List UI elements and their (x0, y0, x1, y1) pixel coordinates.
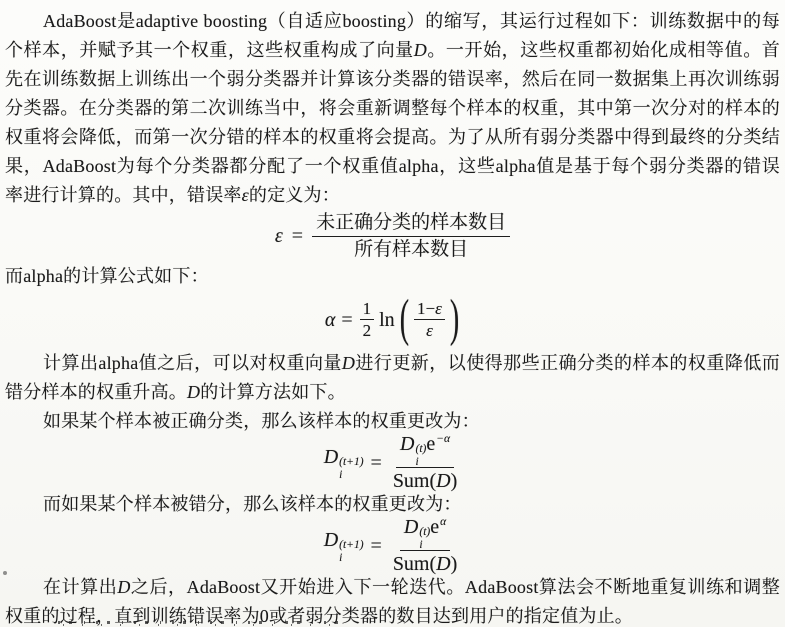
superscript: (t) (419, 526, 430, 539)
paragraph-alpha-intro: 而alpha的计算公式如下： (5, 262, 780, 291)
scanned-document-page: AdaBoost是adaptive boosting（自适应boosting）的… (0, 0, 785, 627)
scan-noise-speck (3, 571, 7, 575)
fraction-denominator: ε (422, 320, 437, 341)
superscript: (t+1) (339, 456, 363, 469)
sub-superscript: (t+1)i (339, 539, 363, 564)
fraction-numerator: 1−ε (414, 299, 445, 320)
math-variable-D: D (404, 516, 418, 538)
math-variable-D: D (187, 382, 200, 402)
text-segment: 。一开始，这些权重都初始化成相等值。首 (427, 40, 780, 60)
formula-error-rate: ε = 未正确分类的样本数目 所有样本数目 (5, 210, 780, 262)
fraction-one-half: 1 2 (359, 299, 376, 340)
formula-alpha: α = 1 2 ln ( 1−ε ε ) (5, 291, 780, 349)
text-line: 个样本，并赋予其一个权重，这些权重构成了向量D。一开始，这些权重都初始化成相等值… (5, 36, 780, 65)
equals-sign: = (290, 225, 305, 248)
paragraph-adaboost-intro: AdaBoost是adaptive boosting（自适应boosting）的… (5, 7, 780, 210)
subscript: i (339, 552, 342, 565)
text-segment: 权重将会降低，而第一次分错的样本的权重将会提高。为了从所有弱分类器中得到最终的分… (5, 127, 780, 147)
math-variable-D: D (400, 433, 414, 455)
sub-superscript: (t)i (419, 526, 430, 551)
text-line: 计算出alpha值之后，可以对权重向量D进行更新，以使得那些正确分类的样本的权重… (5, 349, 780, 378)
text-line: 率进行计算的。其中，错误率ε的定义为： (5, 181, 780, 210)
euler-e: e (430, 516, 439, 538)
text-segment: 如果某个样本被正确分类，那么该样本的权重更改为： (43, 411, 480, 431)
euler-e: e (426, 433, 435, 455)
formula-weight-wrong: D(t+1)i = D(t)ieα Sum(D) (5, 521, 780, 571)
fraction: 未正确分类的样本数目 所有样本数目 (312, 211, 510, 262)
text-line: 果，AdaBoost为每个分类器都分配了一个权重值alpha，这些alpha值是… (5, 152, 780, 181)
fraction-denominator: 2 (359, 320, 376, 341)
ln-operator: ln (379, 309, 395, 332)
math-variable-epsilon: ε (275, 225, 283, 248)
lhs-D-term: D(t+1)i (324, 446, 364, 479)
text-segment: AdaBoost是adaptive boosting（自适应boosting）的… (43, 11, 780, 31)
formula-weight-correct: D(t+1)i = D(t)ie−α Sum(D) (5, 438, 780, 488)
math-variable-D: D (414, 40, 427, 60)
lhs-D-term: D(t+1)i (324, 529, 364, 562)
text-segment: 率进行计算的。其中，错误率 (5, 185, 242, 205)
sub-superscript: (t+1)i (339, 456, 363, 481)
paragraph-update-D: 计算出alpha值之后，可以对权重向量D进行更新，以使得那些正确分类的样本的权重… (5, 349, 780, 407)
math-variable-epsilon: ε (435, 299, 442, 318)
exponent: −α (436, 433, 450, 445)
math-variable-D: D (117, 577, 130, 597)
fraction-error-ratio: 1−ε ε (414, 299, 445, 340)
fraction-numerator: 1 (360, 299, 375, 320)
text-line: 先在训练数据上训练出一个弱分类器并计算该分类器的错误率，然后在同一数据集上再次训… (5, 65, 780, 94)
superscript: (t) (416, 443, 427, 456)
text-line: 分类器。在分类器的第二次训练当中，将会重新调整每个样本的权重，其中第一次分对的样… (5, 94, 780, 123)
text-line: 权重将会降低，而第一次分错的样本的权重将会提高。为了从所有弱分类器中得到最终的分… (5, 123, 780, 152)
text-segment: 而alpha的计算公式如下： (5, 266, 209, 286)
fraction-numerator: 未正确分类的样本数目 (312, 211, 510, 237)
right-parenthesis: ) (451, 553, 458, 575)
text-segment: 进行更新，以使得那些正确分类的样本的权重降低而 (355, 353, 780, 373)
clipped-next-line-sliver (58, 621, 340, 627)
text-line: 错分样本的权重升高。D的计算方法如下。 (5, 378, 780, 407)
text-segment: 计算出alpha值之后，可以对权重向量 (43, 353, 342, 373)
right-parenthesis: ) (451, 470, 458, 492)
math-variable-D: D (324, 529, 338, 551)
text-segment: 个样本，并赋予其一个权重，这些权重构成了向量 (5, 40, 414, 60)
text-segment: 果，AdaBoost为每个分类器都分配了一个权重值alpha，这些alpha值是… (5, 156, 780, 176)
text-segment: 先在训练数据上训练出一个弱分类器并计算该分类器的错误率，然后在同一数据集上再次训… (5, 69, 780, 89)
equals-sign: = (369, 452, 384, 475)
left-parenthesis: ( (400, 290, 409, 349)
exponent: α (440, 516, 446, 528)
text-segment: 1− (417, 299, 435, 318)
text-segment: 分类器。在分类器的第二次训练当中，将会重新调整每个样本的权重，其中第一次分对的样… (5, 98, 780, 118)
text-segment: 之后，AdaBoost又开始进入下一轮迭代。AdaBoost算法会不断地重复训练… (131, 577, 780, 597)
fraction-numerator: D(t)ie−α (396, 432, 454, 468)
sum-operator: Sum( (393, 470, 436, 492)
text-segment: 在计算出 (43, 577, 117, 597)
fraction: D(t)ieα Sum(D) (389, 515, 461, 577)
text-segment: 错分样本的权重升高。 (5, 382, 187, 402)
fraction-numerator: D(t)ieα (400, 515, 450, 551)
text-segment: 而如果某个样本被错分，那么该样本的权重更改为： (43, 494, 462, 514)
equals-sign: = (369, 535, 384, 558)
math-variable-D: D (436, 553, 450, 575)
subscript: i (419, 539, 422, 552)
math-variable-epsilon: ε (242, 185, 249, 205)
math-variable-D: D (342, 353, 355, 373)
text-line: 而alpha的计算公式如下： (5, 262, 780, 291)
paragraph-iteration: 在计算出D之后，AdaBoost又开始进入下一轮迭代。AdaBoost算法会不断… (5, 573, 780, 627)
text-segment: 的计算方法如下。 (200, 382, 346, 402)
sum-operator: Sum( (393, 553, 436, 575)
superscript: (t+1) (339, 539, 363, 552)
text-segment: 的定义为： (249, 185, 340, 205)
fraction: D(t)ie−α Sum(D) (389, 432, 461, 494)
right-parenthesis: ) (450, 290, 459, 349)
subscript: i (416, 456, 419, 469)
text-line: AdaBoost是adaptive boosting（自适应boosting）的… (5, 7, 780, 36)
equals-sign: = (339, 309, 354, 332)
math-variable-alpha: α (325, 309, 336, 332)
sub-superscript: (t)i (416, 443, 427, 468)
text-line: 在计算出D之后，AdaBoost又开始进入下一轮迭代。AdaBoost算法会不断… (5, 573, 780, 602)
subscript: i (339, 469, 342, 482)
math-variable-D: D (436, 470, 450, 492)
math-variable-D: D (324, 446, 338, 468)
fraction-denominator: 所有样本数目 (350, 237, 472, 262)
